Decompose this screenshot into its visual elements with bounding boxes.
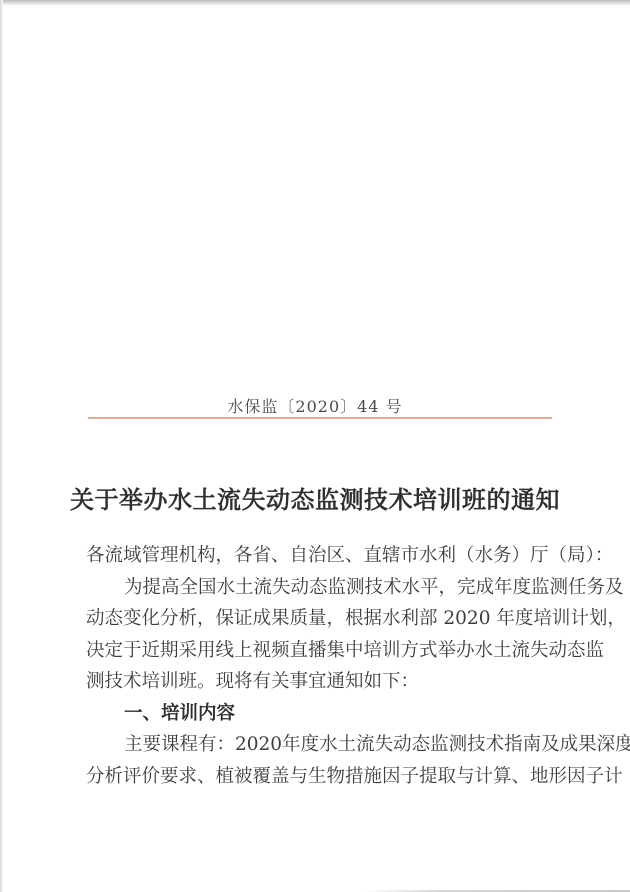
salutation: 各流域管理机构，各省、自治区、直辖市水利（水务）厅（局）： <box>86 540 552 572</box>
red-header-rule <box>88 417 552 419</box>
paragraph-line: 决定于近期采用线上视频直播集中培训方式举办水土流失动态监 <box>86 635 552 667</box>
paragraph-line: 测技术培训班。现将有关事宜通知如下： <box>86 666 552 698</box>
document-title: 关于举办水土流失动态监测技术培训班的通知 <box>0 480 630 515</box>
page-left-edge <box>0 0 3 892</box>
document-number: 水保监〔2020〕44 号 <box>0 394 630 417</box>
paragraph-line: 主要课程有：2020年度水土流失动态监测技术指南及成果深度 <box>86 729 552 761</box>
page-top-edge <box>0 0 630 6</box>
section-heading: 一、培训内容 <box>86 698 552 730</box>
paragraph-line: 动态变化分析，保证成果质量，根据水利部 2020 年度培训计划， <box>86 603 552 635</box>
paragraph-line: 分析评价要求、植被覆盖与生物措施因子提取与计算、地形因子计 <box>86 761 552 793</box>
paragraph-line: 为提高全国水土流失动态监测技术水平，完成年度监测任务及 <box>86 572 552 604</box>
document-body: 各流域管理机构，各省、自治区、直辖市水利（水务）厅（局）： 为提高全国水土流失动… <box>86 540 552 792</box>
